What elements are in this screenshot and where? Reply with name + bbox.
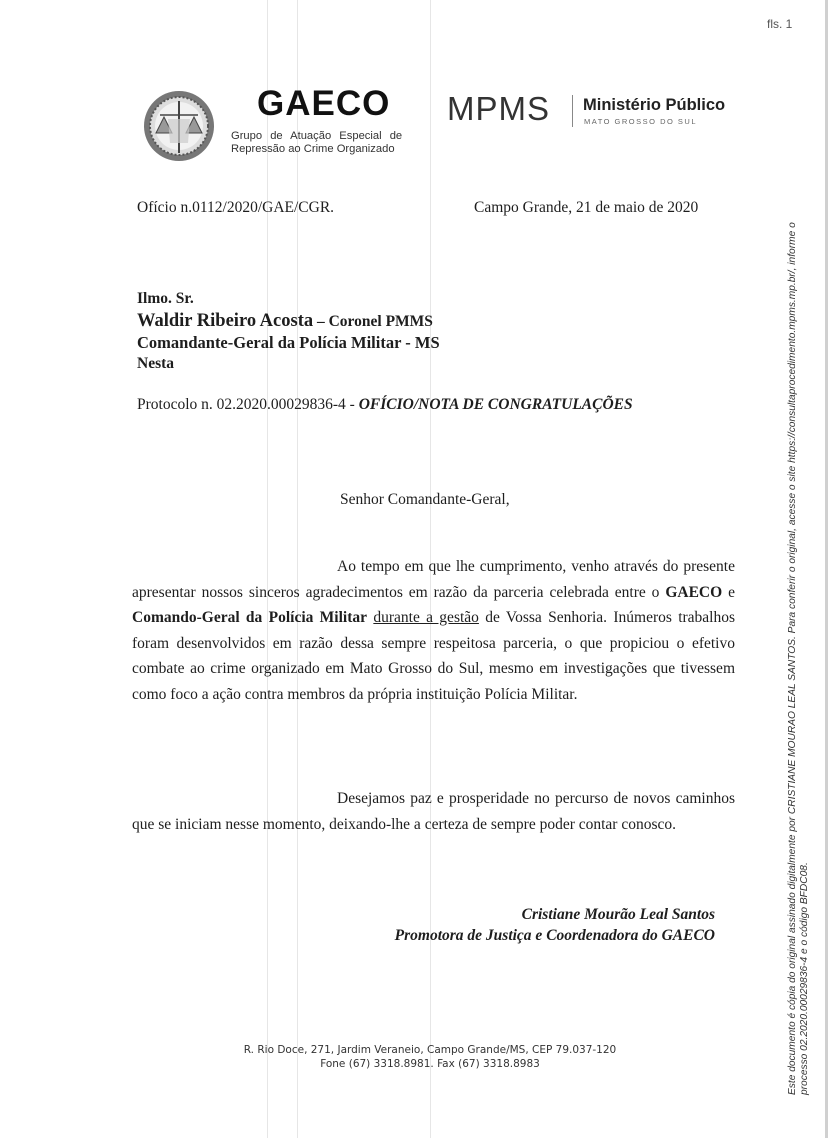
signature-note-line1: Este documento é cópia do original assin… bbox=[787, 95, 799, 1095]
gaeco-subtitle-line2: Repressão ao Crime Organizado bbox=[231, 143, 402, 156]
mpms-logo: MPMS bbox=[447, 90, 550, 128]
oficio-number: Ofício n.0112/2020/GAE/CGR. bbox=[137, 199, 334, 217]
paragraph-text: Ao tempo em que lhe cumprimento, venho a… bbox=[132, 558, 735, 601]
recipient-location: Nesta bbox=[137, 355, 174, 373]
protocol-subject: OFÍCIO/NOTA DE CONGRATULAÇÕES bbox=[359, 396, 633, 413]
greeting: Senhor Comandante-Geral, bbox=[340, 491, 510, 509]
ministerio-publico-name: Ministério Público bbox=[583, 96, 725, 115]
bold-gaeco: GAECO bbox=[665, 584, 722, 601]
salutation-title: Ilmo. Sr. bbox=[137, 290, 194, 308]
recipient-role: Comandante-Geral da Polícia Militar - MS bbox=[137, 333, 440, 353]
gaeco-logo-title: GAECO bbox=[257, 84, 390, 124]
recipient-name: Waldir Ribeiro Acosta bbox=[137, 311, 313, 331]
gaeco-subtitle: Grupo de Atuação Especial de Repressão a… bbox=[231, 130, 402, 156]
footer-phone-fax: Fone (67) 3318.8981. Fax (67) 3318.8983 bbox=[0, 1058, 828, 1070]
protocol-line: Protocolo n. 02.2020.00029836-4 - OFÍCIO… bbox=[137, 396, 633, 414]
signatory-name: Cristiane Mourão Leal Santos bbox=[522, 906, 715, 924]
recipient-line: Waldir Ribeiro Acosta – Coronel PMMS bbox=[137, 311, 433, 332]
ministerio-publico-state: MATO GROSSO DO SUL bbox=[584, 117, 697, 126]
body-paragraph-2: Desejamos paz e prosperidade no percurso… bbox=[132, 786, 735, 837]
page-marker: fls. 1 bbox=[767, 17, 792, 31]
place-date: Campo Grande, 21 de maio de 2020 bbox=[474, 199, 698, 217]
digital-signature-note: Este documento é cópia do original assin… bbox=[787, 95, 811, 1095]
footer-address: R. Rio Doce, 271, Jardim Veraneio, Campo… bbox=[0, 1044, 828, 1056]
justice-seal-icon bbox=[142, 89, 216, 163]
underlined-text: durante a gestão bbox=[373, 609, 479, 626]
recipient-rank: – Coronel PMMS bbox=[313, 313, 433, 330]
logo-divider bbox=[572, 95, 573, 127]
signatory-title: Promotora de Justiça e Coordenadora do G… bbox=[395, 927, 715, 945]
signature-note-line2: processo 02.2020.00029836-4 e o código B… bbox=[799, 95, 811, 1095]
paragraph-text: e bbox=[722, 584, 735, 601]
protocol-number: Protocolo n. 02.2020.00029836-4 - bbox=[137, 396, 359, 413]
gaeco-subtitle-line1: Grupo de Atuação Especial de bbox=[231, 130, 402, 143]
bold-comando-geral: Comando-Geral da Polícia Militar bbox=[132, 609, 367, 626]
body-paragraph-1: Ao tempo em que lhe cumprimento, venho a… bbox=[132, 554, 735, 707]
